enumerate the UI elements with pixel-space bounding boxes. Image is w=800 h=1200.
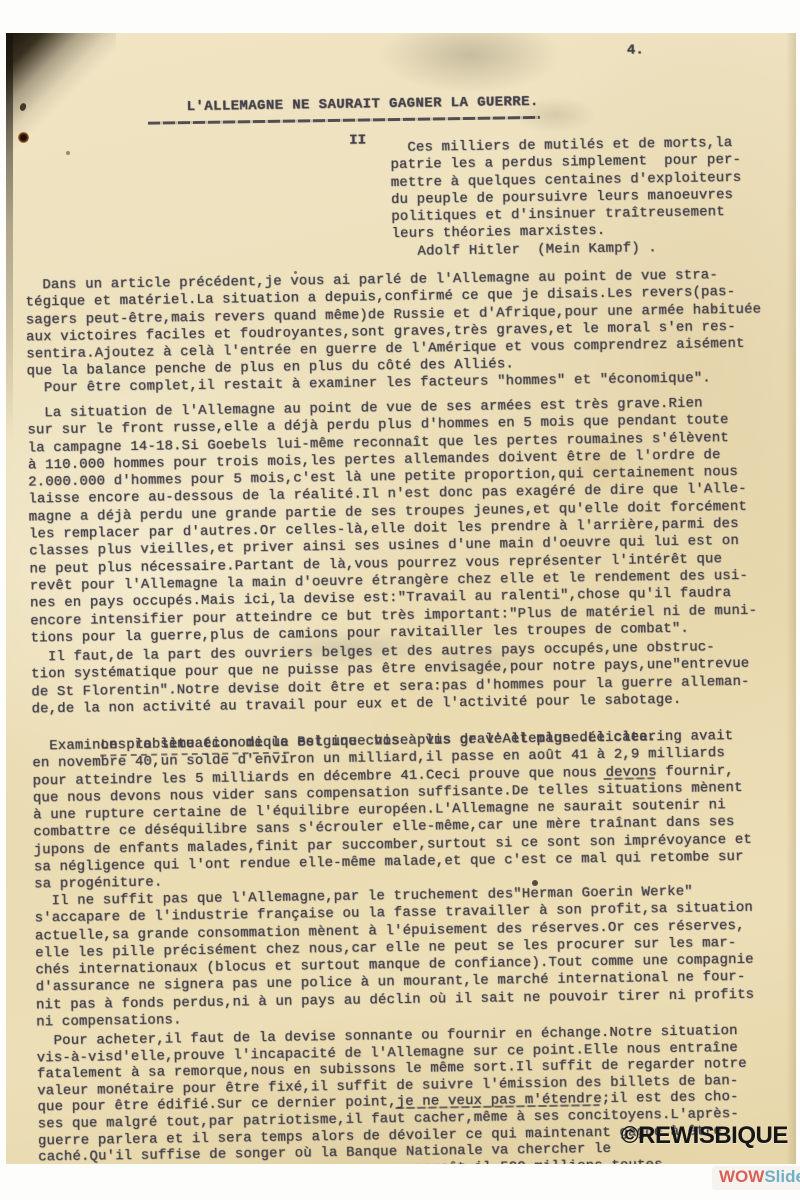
title-underline-rule [148, 116, 540, 125]
paragraph-army-losses: La situation de l'Allemagne au point de … [27, 395, 757, 648]
paragraph-workers-obstruction: Il faut,de la part des ouvriers belges e… [31, 639, 750, 719]
typewritten-text-layer: 4. L'ALLEMAGNE NE SAURAIT GAGNER LA GUER… [6, 33, 796, 1164]
document-title: L'ALLEMAGNE NE SAURAIT GAGNER LA GUERRE. [187, 94, 539, 117]
section-numeral: II [349, 132, 366, 150]
page-number: 4. [627, 42, 644, 60]
paper-sheet: 4. L'ALLEMAGNE NE SAURAIT GAGNER LA GUER… [6, 33, 796, 1164]
wowslider-badge-wow: WOW [719, 1167, 764, 1186]
wowslider-badge[interactable]: WOWSlider [712, 1166, 800, 1190]
paragraph-goering-werke: Il ne suffit pas que l'Allemagne,par le … [34, 883, 754, 1032]
scanned-photo: 4. L'ALLEMAGNE NE SAURAIT GAGNER LA GUER… [0, 0, 800, 1200]
paragraph-clearing-belgium: Examinons la situation de la Belgique vi… [32, 728, 753, 894]
copyright-watermark: ©REWISBIQUE [621, 1122, 788, 1150]
wowslider-badge-slider: Slider [764, 1167, 800, 1186]
epigraph-quote: Ces milliers de mutilés et de morts,la p… [390, 135, 742, 261]
paragraph-strategic-recap: Dans un article précédent,je vous ai par… [25, 267, 762, 382]
